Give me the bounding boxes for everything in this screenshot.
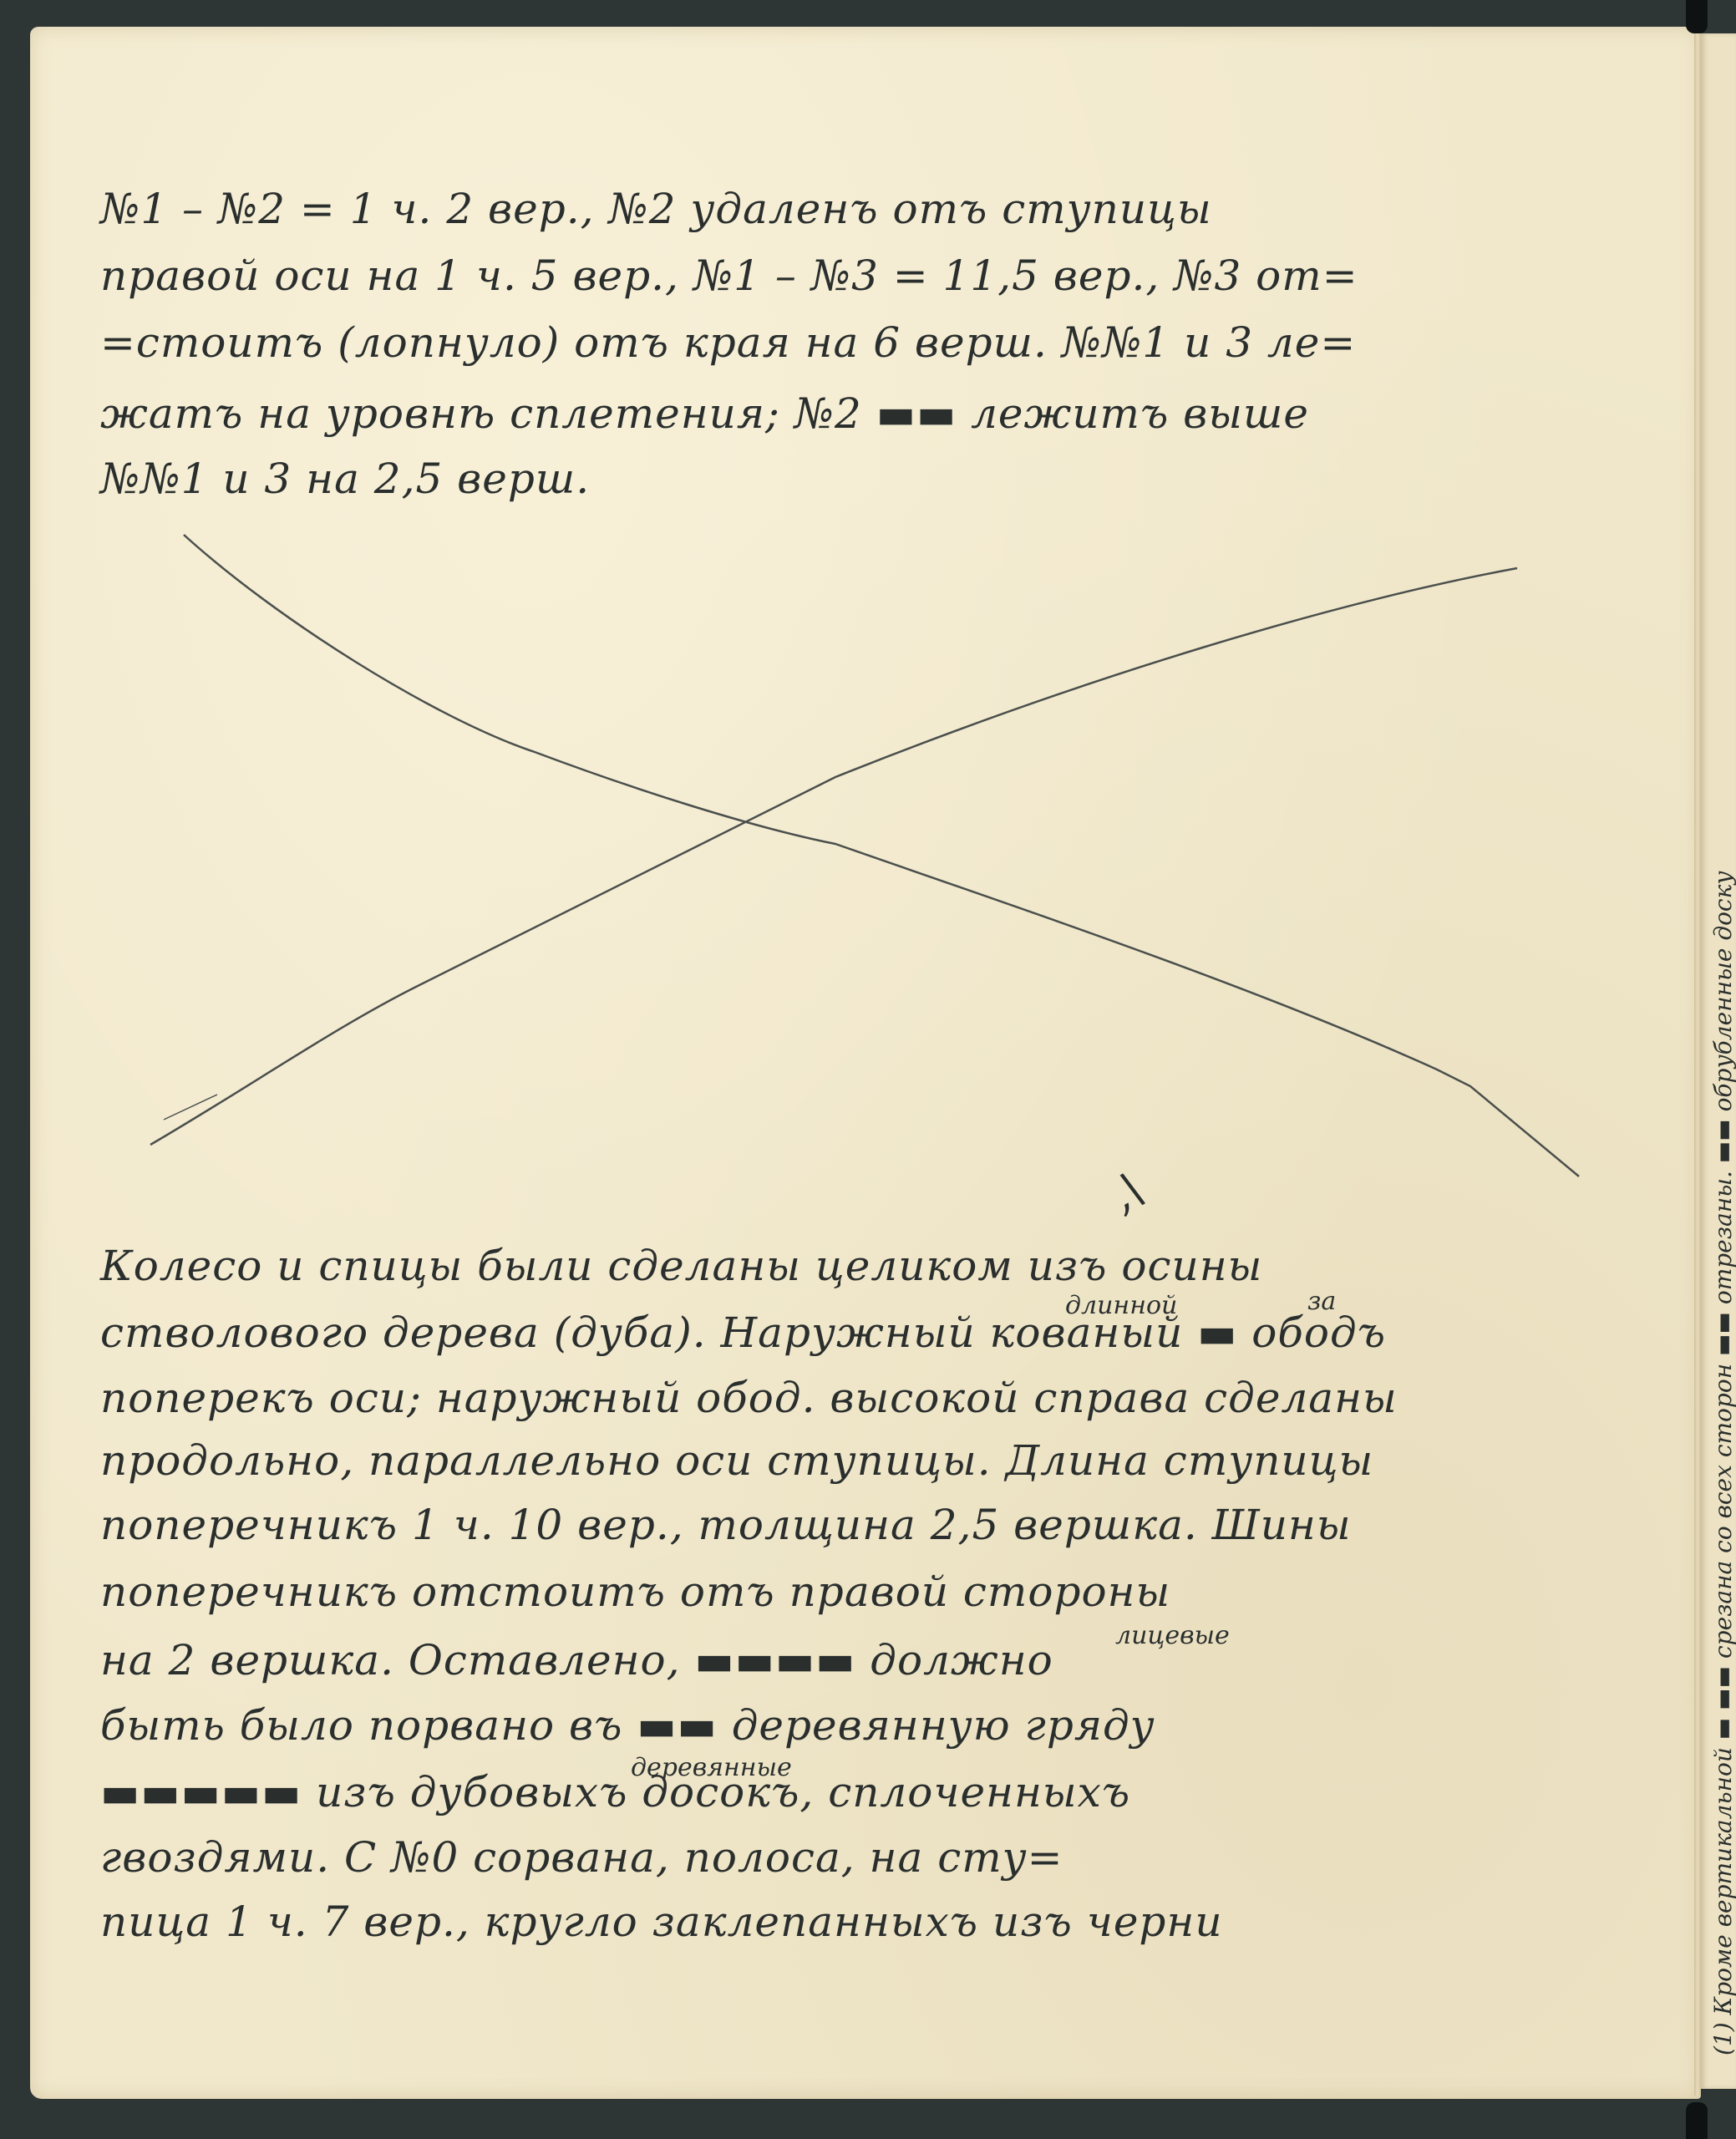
bottom-paragraph-line-3: поперекъ оси; наружный обод. высокой спр… [100, 1377, 1398, 1419]
interlinear-insertion: лицевые [1115, 1621, 1230, 1650]
interlinear-insertion: деревянные [631, 1753, 792, 1782]
bottom-paragraph-line-11: пица 1 ч. 7 вер., кругло заклепанныхъ из… [100, 1901, 1223, 1943]
top-paragraph-line-5: №№1 и 3 на 2,5 верш. [100, 458, 590, 500]
bottom-paragraph-line-10: гвоздями. С №0 сорвана, полоса, на сту= [100, 1837, 1063, 1878]
book-spine [1694, 20, 1701, 2096]
top-paragraph-line-4: жатъ на уровнѣ сплетения; №2 ▬▬ лежитъ в… [100, 393, 1309, 434]
bottom-paragraph-line-7: на 2 вершка. Оставлено, ▬▬▬▬ должно [100, 1639, 1053, 1681]
binding-bottom [1686, 2102, 1708, 2139]
bottom-paragraph-line-1: Колесо и спицы были сделаны целиком изъ … [100, 1245, 1262, 1287]
bottom-paragraph-line-6: поперечникъ отстоитъ отъ правой стороны [100, 1571, 1170, 1613]
binding-top [1686, 0, 1708, 33]
interlinear-insertion: за [1307, 1287, 1336, 1316]
bottom-paragraph-line-8: быть было порвано въ ▬▬ деревянную гряду [100, 1705, 1155, 1746]
top-paragraph-line-3: =стоитъ (лопнуло) отъ края на 6 верш. №№… [100, 322, 1356, 363]
margin-note-vertical: (1) Кроме вертикальной ▬ ▬▬ срезана со в… [1709, 871, 1736, 2055]
top-paragraph-line-1: №1 – №2 = 1 ч. 2 вер., №2 удаленъ отъ ст… [100, 188, 1212, 230]
bottom-paragraph-line-4: продольно, параллельно оси ступицы. Длин… [100, 1440, 1373, 1481]
top-paragraph-line-2: правой оси на 1 ч. 5 вер., №1 – №3 = 11,… [100, 255, 1358, 297]
bottom-paragraph-line-9: ▬▬▬▬▬ изъ дубовыхъ досокъ, сплоченныхъ [100, 1771, 1130, 1813]
bottom-paragraph-line-2: стволового дерева (дуба). Наружный кован… [100, 1312, 1386, 1354]
interlinear-insertion: длинной [1065, 1291, 1177, 1320]
bottom-paragraph-line-5: поперечникъ 1 ч. 10 вер., толщина 2,5 ве… [100, 1504, 1352, 1546]
